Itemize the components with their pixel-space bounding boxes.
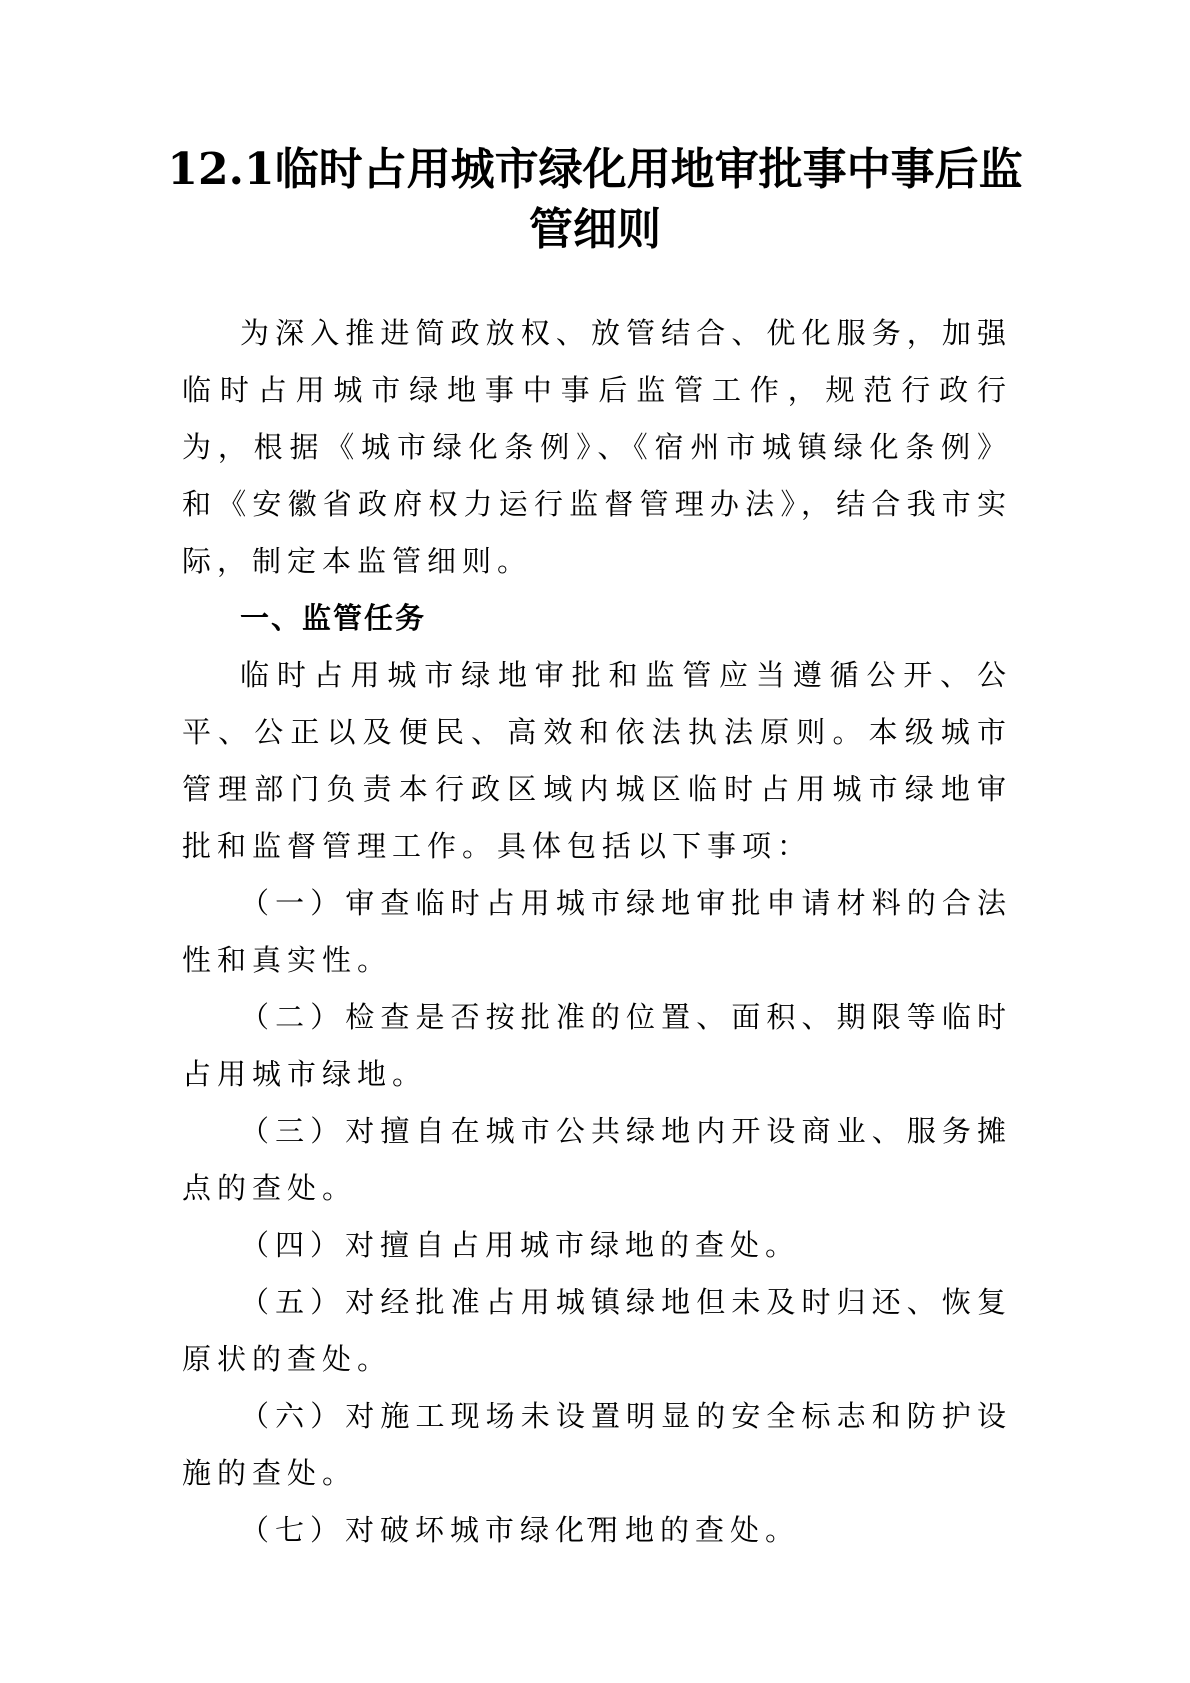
section-1-intro: 临时占用城市绿地审批和监管应当遵循公开、公平、公正以及便民、高效和依法执法原则。…: [182, 647, 1012, 875]
list-item-2: （二）检查是否按批准的位置、面积、期限等临时占用城市绿地。: [182, 989, 1012, 1103]
list-item-5: （五）对经批准占用城镇绿地但未及时归还、恢复原状的查处。: [182, 1274, 1012, 1388]
intro-paragraph: 为深入推进简政放权、放管结合、优化服务，加强临时占用城市绿地事中事后监管工作，规…: [182, 305, 1012, 590]
list-item-3: （三）对擅自在城市公共绿地内开设商业、服务摊点的查处。: [182, 1103, 1012, 1217]
document-page: 12.1临时占用城市绿化用地审批事中事后监 管细则 为深入推进简政放权、放管结合…: [0, 0, 1190, 1683]
list-item-1: （一）审查临时占用城市绿地审批申请材料的合法性和真实性。: [182, 875, 1012, 989]
document-title: 12.1临时占用城市绿化用地审批事中事后监 管细则: [150, 140, 1040, 260]
list-item-4: （四）对擅自占用城市绿地的查处。: [182, 1217, 1012, 1274]
list-item-6: （六）对施工现场未设置明显的安全标志和防护设施的查处。: [182, 1388, 1012, 1502]
title-line-2: 管细则: [150, 200, 1040, 260]
document-body: 为深入推进简政放权、放管结合、优化服务，加强临时占用城市绿地事中事后监管工作，规…: [182, 305, 1012, 1559]
section-heading-1: 一、监管任务: [182, 590, 1012, 647]
page-number: - 70 -: [0, 1515, 1190, 1532]
title-line-1: 12.1临时占用城市绿化用地审批事中事后监: [150, 140, 1040, 200]
